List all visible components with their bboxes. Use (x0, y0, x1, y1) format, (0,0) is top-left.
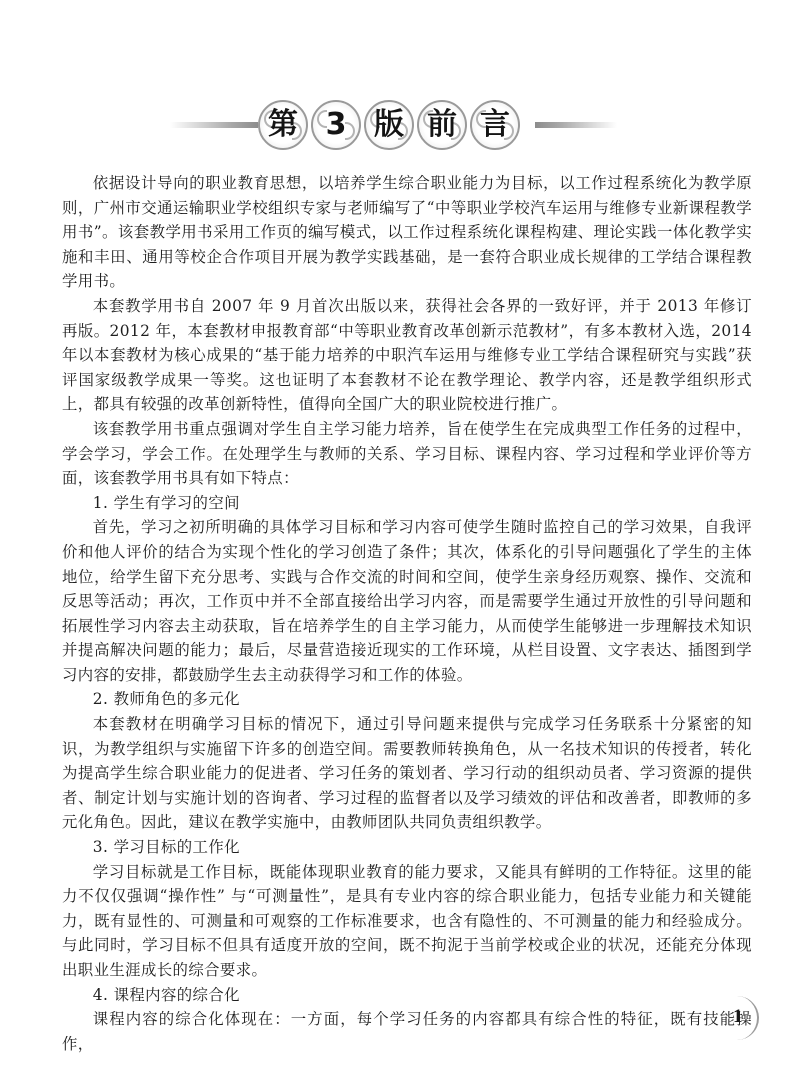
title-circle: 前 (417, 100, 467, 150)
title-circle: 言 (470, 100, 520, 150)
section-heading-4: 4. 课程内容的综合化 (62, 983, 752, 1008)
paragraph-intro: 依据设计导向的职业教育思想，以培养学生综合职业能力为目标，以工作过程系统化为教学… (62, 171, 752, 294)
paragraph-section-4: 课程内容的综合化体现在：一方面，每个学习任务的内容都具有综合性的特征，既有技能操… (62, 1007, 752, 1056)
title-char: 版 (374, 110, 404, 140)
title-left-ornament-bar (170, 122, 258, 128)
title-circles: 第 3 版 前 言 (258, 100, 520, 150)
title-char: 第 (268, 110, 298, 140)
page-number: 1 (725, 996, 765, 1040)
page-number-value: 1 (733, 1006, 743, 1028)
preface-body: 依据设计导向的职业教育思想，以培养学生综合职业能力为目标，以工作过程系统化为教学… (62, 171, 752, 1056)
section-heading-2: 2. 教师角色的多元化 (62, 687, 752, 712)
title-char: 前 (427, 110, 457, 140)
paragraph-section-2: 本套教材在明确学习目标的情况下，通过引导问题来提供与完成学习任务联系十分紧密的知… (62, 712, 752, 835)
title-circle: 3 (311, 100, 361, 150)
section-heading-1: 1. 学生有学习的空间 (62, 491, 752, 516)
paragraph-section-1: 首先，学习之初所明确的具体学习目标和学习内容可使学生随时监控自己的学习效果，自我… (62, 515, 752, 687)
paragraph-section-3: 学习目标就是工作目标，既能体现职业教育的能力要求，又能具有鲜明的工作特征。这里的… (62, 860, 752, 983)
paragraph-history: 本套教学用书自 2007 年 9 月首次出版以来，获得社会各界的一致好评，并于 … (62, 294, 752, 417)
title-circle: 版 (364, 100, 414, 150)
title-char: 3 (326, 110, 347, 140)
section-heading-3: 3. 学习目标的工作化 (62, 835, 752, 860)
paragraph-features-intro: 该套教学用书重点强调对学生自主学习能力培养，旨在使学生在完成典型工作任务的过程中… (62, 417, 752, 491)
title-circle: 第 (258, 100, 308, 150)
title-char: 言 (480, 110, 510, 140)
title-banner: 第 3 版 前 言 (0, 100, 790, 152)
title-right-ornament-bar (535, 122, 617, 128)
